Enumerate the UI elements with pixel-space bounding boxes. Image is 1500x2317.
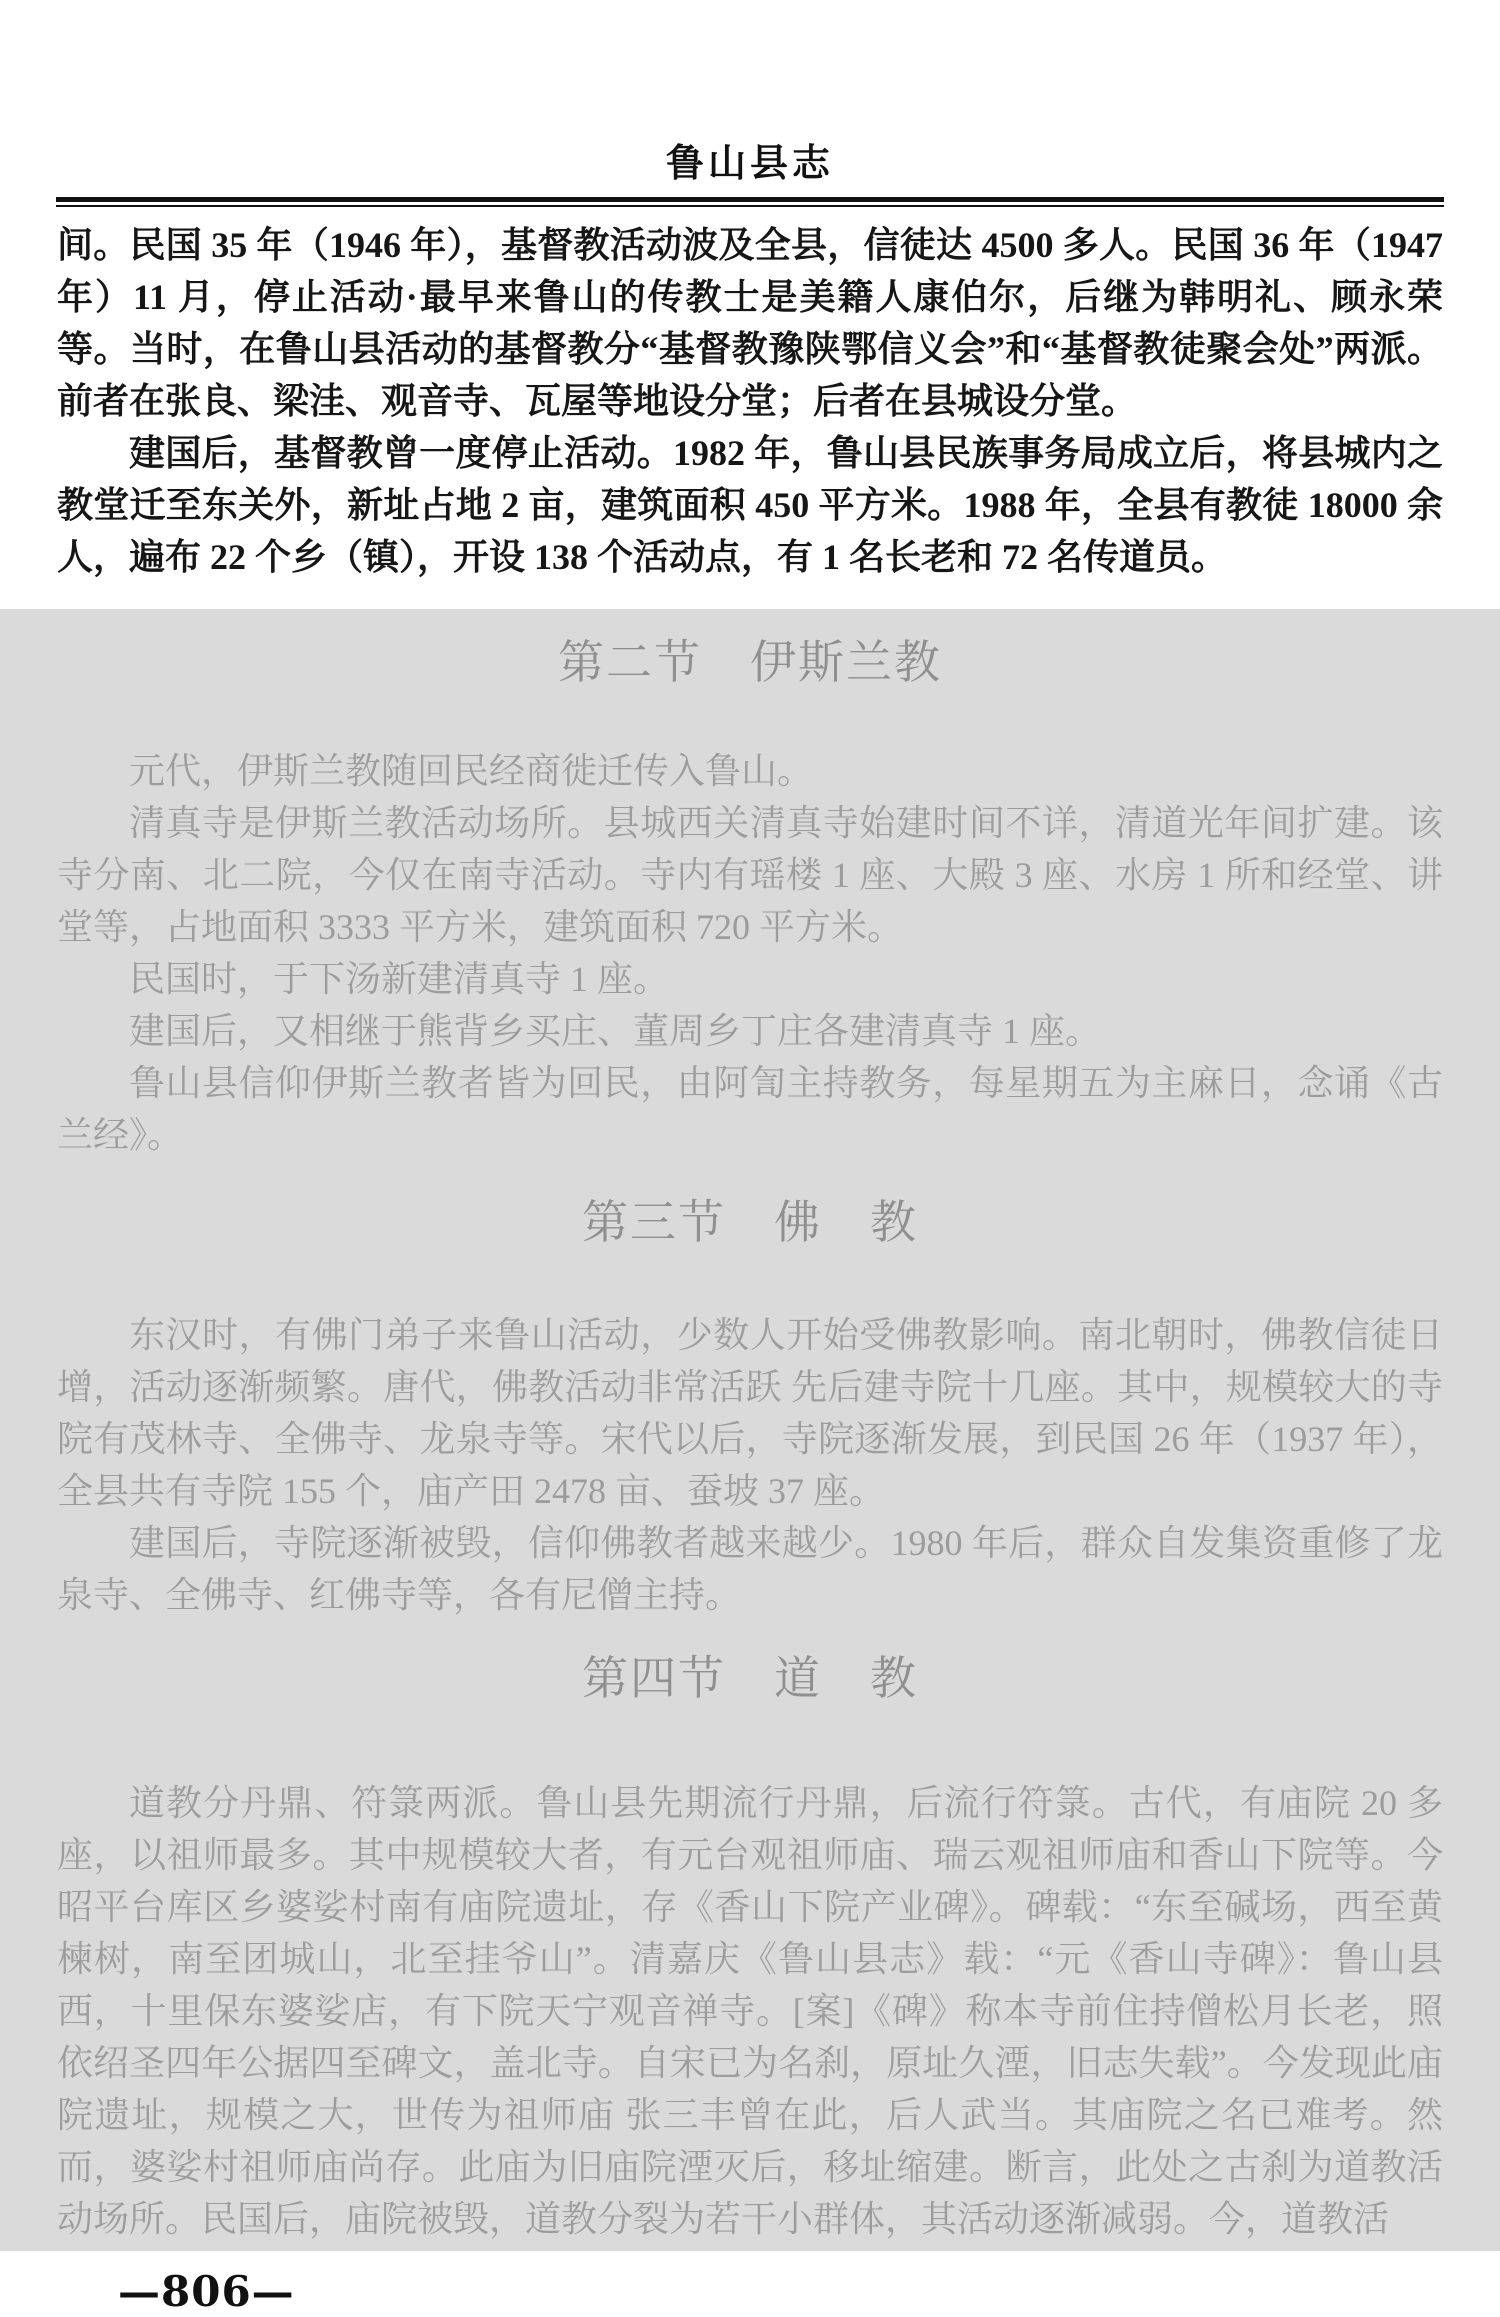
paragraph-christianity-continued: 间。民国 35 年（1946 年），基督教活动波及全县，信徒达 4500 多人。… — [57, 219, 1443, 427]
header-rule-thick-line — [56, 197, 1444, 202]
section-heading-taoism: 第四节 道 教 — [57, 1651, 1443, 1707]
header-rule — [56, 197, 1444, 207]
paragraph-christianity-post-1949: 建国后，基督教曾一度停止活动。1982 年，鲁山县民族事务局成立后，将县城内之教… — [57, 427, 1443, 583]
christianity-section-body: 间。民国 35 年（1946 年），基督教活动波及全县，信徒达 4500 多人。… — [0, 207, 1500, 583]
paragraph-buddhism-post-1949: 建国后，寺院逐渐被毁，信仰佛教者越来越少。1980 年后，群众自发集资重修了龙泉… — [57, 1517, 1443, 1621]
paragraph-islam-post-1949: 建国后，又相继于熊背乡买庄、董周乡丁庄各建清真寺 1 座。 — [57, 1005, 1443, 1057]
faded-scan-region: 第二节 伊斯兰教 元代，伊斯兰教随回民经商徙迁传入鲁山。 清真寺是伊斯兰教活动场… — [0, 609, 1500, 2251]
paragraph-islam-believers: 鲁山县信仰伊斯兰教者皆为回民，由阿訇主持教务，每星期五为主麻日，念诵《古兰经》。 — [57, 1057, 1443, 1161]
paragraph-taoism-history: 道教分丹鼎、符箓两派。鲁山县先期流行丹鼎，后流行符箓。古代，有庙院 20 多座，… — [57, 1777, 1443, 2245]
paragraph-buddhism-history: 东汉时，有佛门弟子来鲁山活动，少数人开始受佛教影响。南北朝时，佛教信徒日增，活动… — [57, 1309, 1443, 1517]
scanned-page: 鲁山县志 间。民国 35 年（1946 年），基督教活动波及全县，信徒达 450… — [0, 0, 1500, 2317]
section-heading-islam: 第二节 伊斯兰教 — [57, 635, 1443, 691]
page-header-title: 鲁山县志 — [0, 0, 1500, 187]
paragraph-islam-mosques: 清真寺是伊斯兰教活动场所。县城西关清真寺始建时间不详，清道光年间扩建。该寺分南、… — [57, 797, 1443, 953]
section-heading-buddhism: 第三节 佛 教 — [57, 1195, 1443, 1251]
paragraph-islam-republic-era: 民国时，于下汤新建清真寺 1 座。 — [57, 953, 1443, 1005]
paragraph-islam-origin: 元代，伊斯兰教随回民经商徙迁传入鲁山。 — [57, 745, 1443, 797]
page-number: —806— — [118, 2267, 1500, 2316]
